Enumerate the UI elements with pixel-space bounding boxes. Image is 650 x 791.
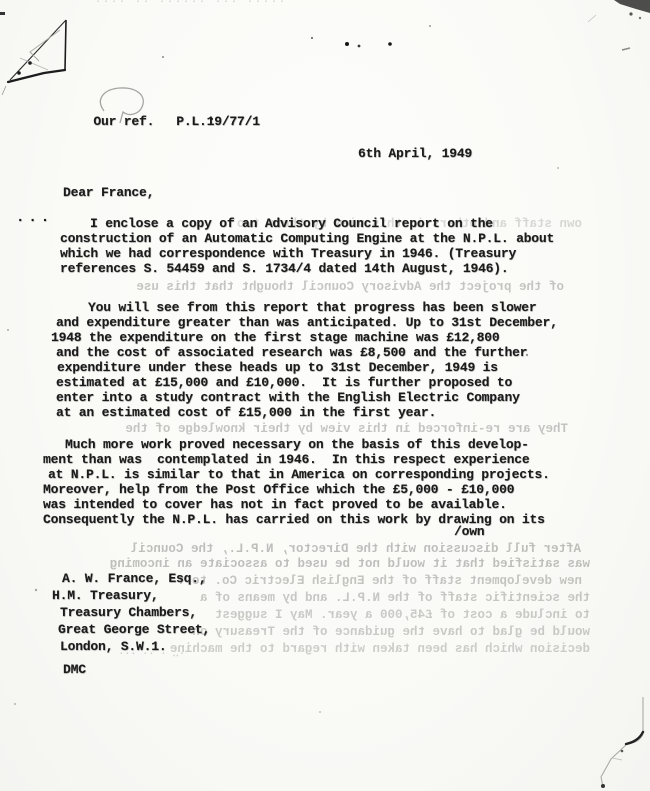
bleed-through-text: new development staff of the English Ele… (180, 574, 582, 589)
bleed-through-text: to include a cost of £45,000 a year. May… (170, 608, 590, 623)
reference-line: Our ref.P.L.19/77/1 (63, 99, 260, 144)
text-line: at N.P.L. is similar to that in America … (48, 467, 550, 482)
salutation: Dear France, (63, 185, 154, 200)
text-line: which we had correspondence with Treasur… (60, 246, 554, 261)
text-line: expenditure under these heads up to 31st… (57, 360, 558, 375)
bleed-through-text: After full discussion with the Director,… (55, 542, 581, 557)
text-line: enter into a study contract with the Eng… (56, 390, 558, 405)
text-line: London, S.W.1. (60, 638, 210, 655)
top-right-smudge (588, 0, 650, 50)
reference-label: Our ref. (93, 114, 154, 129)
text-line: was intended to cover has not in fact pr… (43, 497, 550, 512)
reference-number: P.L.19/77/1 (176, 114, 260, 129)
text-line: You will see from this report that progr… (88, 300, 558, 315)
bleed-through-text: the scientific staff of the N.P.L. and b… (160, 591, 590, 606)
paragraph-expenditure: You will see from this report that progr… (56, 300, 558, 420)
bleed-through-text: decision which has been taken with regar… (170, 642, 590, 657)
text-line: and the cost of associated research was … (56, 345, 558, 360)
paragraph-further-work: Much more work proved necessary on the b… (43, 437, 550, 527)
recipient-address: A. W. France, Esq.,H.M. Treasury,Treasur… (52, 570, 210, 655)
text-line: Treasury Chambers, (60, 604, 210, 621)
text-line: A. W. France, Esq., (62, 570, 210, 587)
text-line: I enclose a copy of an Advisory Council … (90, 216, 554, 231)
text-line: and expenditure greater than was anticip… (56, 315, 558, 330)
text-line: H.M. Treasury, (52, 587, 210, 604)
continuation-mark: /own (454, 524, 484, 539)
bleed-through-text: would be glad to have the guidance of th… (180, 625, 590, 640)
text-line: estimated at £15,000 and £10,000. It is … (56, 375, 558, 390)
text-line: at an estimated cost of £15,000 in the f… (56, 405, 558, 420)
paragraph-enclosure: I enclose a copy of an Advisory Council … (60, 216, 554, 276)
letter-date: 6th April, 1949 (358, 146, 472, 161)
bleed-through-text: They are re-inforced in this view by the… (46, 422, 568, 437)
bleed-through-text: ···· ·· ······ ··· ····· (95, 0, 345, 10)
text-line: Great George Street, (58, 621, 210, 638)
bottom-right-crease (601, 697, 643, 788)
typist-initials: DMC (63, 662, 86, 677)
margin-dots: ... (16, 211, 53, 226)
text-line: construction of an Automatic Computing E… (60, 231, 554, 246)
text-line: ment than was contemplated in 1946. In t… (43, 452, 550, 467)
text-line: references S. 54459 and S. 1734/4 dated … (60, 261, 554, 276)
bleed-through-text: of the project the Advisory Council thou… (62, 280, 564, 295)
folded-corner-mark (2, 20, 66, 95)
text-line: 1948 the expenditure on the first stage … (51, 330, 558, 345)
letter-page: ···· ·· ······ ··· ····· own staff and o… (0, 0, 650, 791)
text-line: Moreover, help from the Post Office whic… (43, 482, 550, 497)
text-line: Much more work proved necessary on the b… (65, 437, 550, 452)
